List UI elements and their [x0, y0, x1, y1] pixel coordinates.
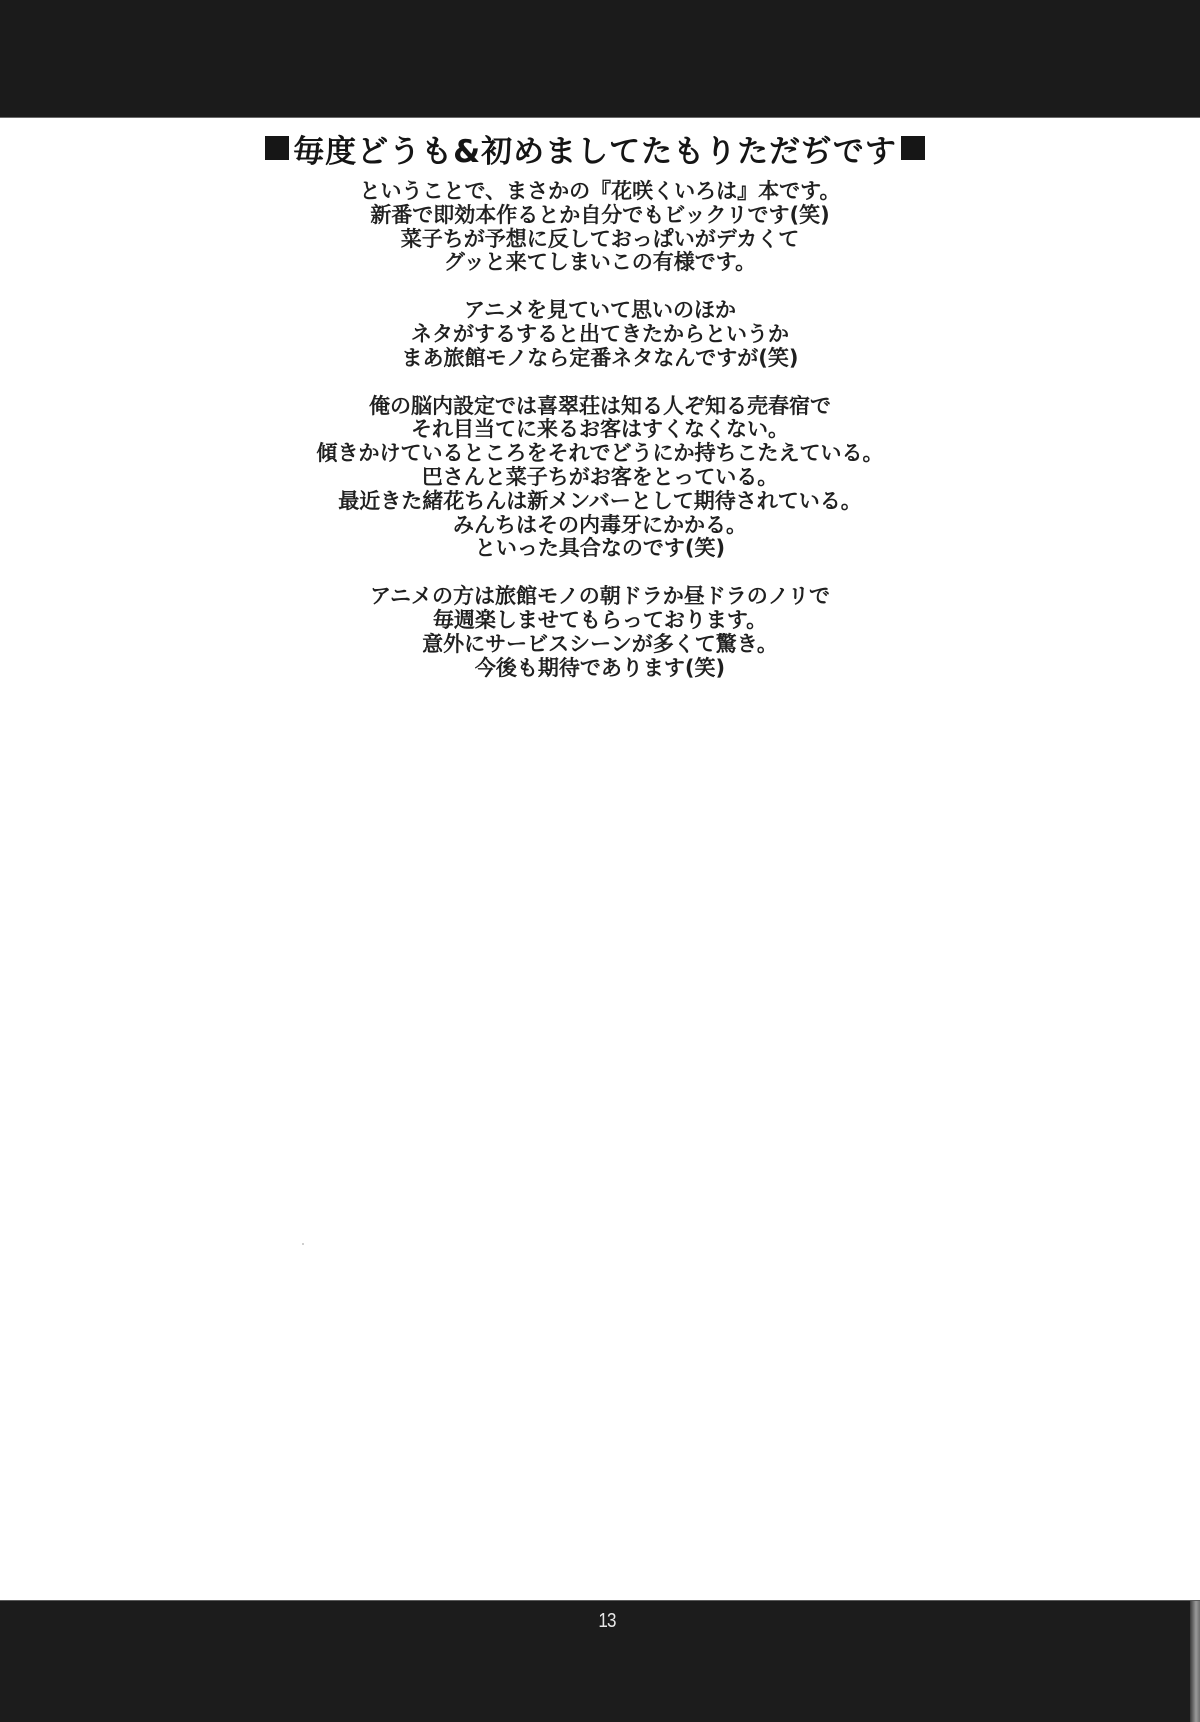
- text-line: みんちはその内毒牙にかかる。: [0, 514, 1200, 538]
- text-line: グッと来てしまいこの有様です。: [0, 251, 1200, 275]
- text-line: それ目当てに来るお客はすくなくない。: [0, 418, 1200, 442]
- top-black-band: [0, 0, 1200, 118]
- text-line: 新番で即効本作るとか自分でもビックリです(笑): [0, 204, 1200, 228]
- text-line: 意外にサービスシーンが多くて驚き。: [0, 633, 1200, 657]
- text-line: 最近きた緒花ちんは新メンバーとして期待されている。: [0, 490, 1200, 514]
- body-text: ということで、まさかの『花咲くいろは』本です。 新番で即効本作るとか自分でもビッ…: [0, 180, 1200, 680]
- text-line: 毎週楽しませてもらっております。: [0, 609, 1200, 633]
- scan-speck: [302, 1243, 304, 1245]
- page-edge-shadow: [1190, 1601, 1200, 1722]
- heading-text: 毎度どうも&初めましてたもりただぢです: [293, 126, 897, 171]
- text-line: まあ旅館モノなら定番ネタなんですが(笑): [0, 347, 1200, 371]
- page-content: 毎度どうも&初めましてたもりただぢです ということで、まさかの『花咲くいろは』本…: [0, 126, 1200, 704]
- text-line: 菜子ちが予想に反しておっぱいがデカくて: [0, 228, 1200, 252]
- text-line: 巴さんと菜子ちがお客をとっている。: [0, 466, 1200, 490]
- paragraph-intro: ということで、まさかの『花咲くいろは』本です。 新番で即効本作るとか自分でもビッ…: [0, 180, 1200, 275]
- paragraph-closing: アニメの方は旅館モノの朝ドラか昼ドラのノリで 毎週楽しませてもらっております。 …: [0, 585, 1200, 680]
- page-number: 13: [91, 1610, 1123, 1633]
- text-line: 今後も期待であります(笑): [0, 657, 1200, 681]
- square-bullet-icon: [265, 136, 289, 160]
- text-line: 傾きかけているところをそれでどうにか持ちこたえている。: [0, 442, 1200, 466]
- paragraph-setting: 俺の脳内設定では喜翠荘は知る人ぞ知る売春宿で それ目当てに来るお客はすくなくない…: [0, 395, 1200, 562]
- text-line: といった具合なのです(笑): [0, 537, 1200, 561]
- page-heading: 毎度どうも&初めましてたもりただぢです: [0, 126, 1200, 170]
- text-line: アニメの方は旅館モノの朝ドラか昼ドラのノリで: [0, 585, 1200, 609]
- paragraph-anime-ideas: アニメを見ていて思いのほか ネタがするすると出てきたからというか まあ旅館モノな…: [0, 299, 1200, 370]
- text-line: ということで、まさかの『花咲くいろは』本です。: [0, 180, 1200, 204]
- text-line: 俺の脳内設定では喜翠荘は知る人ぞ知る売春宿で: [0, 395, 1200, 419]
- text-line: アニメを見ていて思いのほか: [0, 299, 1200, 323]
- square-bullet-icon: [901, 136, 925, 160]
- text-line: ネタがするすると出てきたからというか: [0, 323, 1200, 347]
